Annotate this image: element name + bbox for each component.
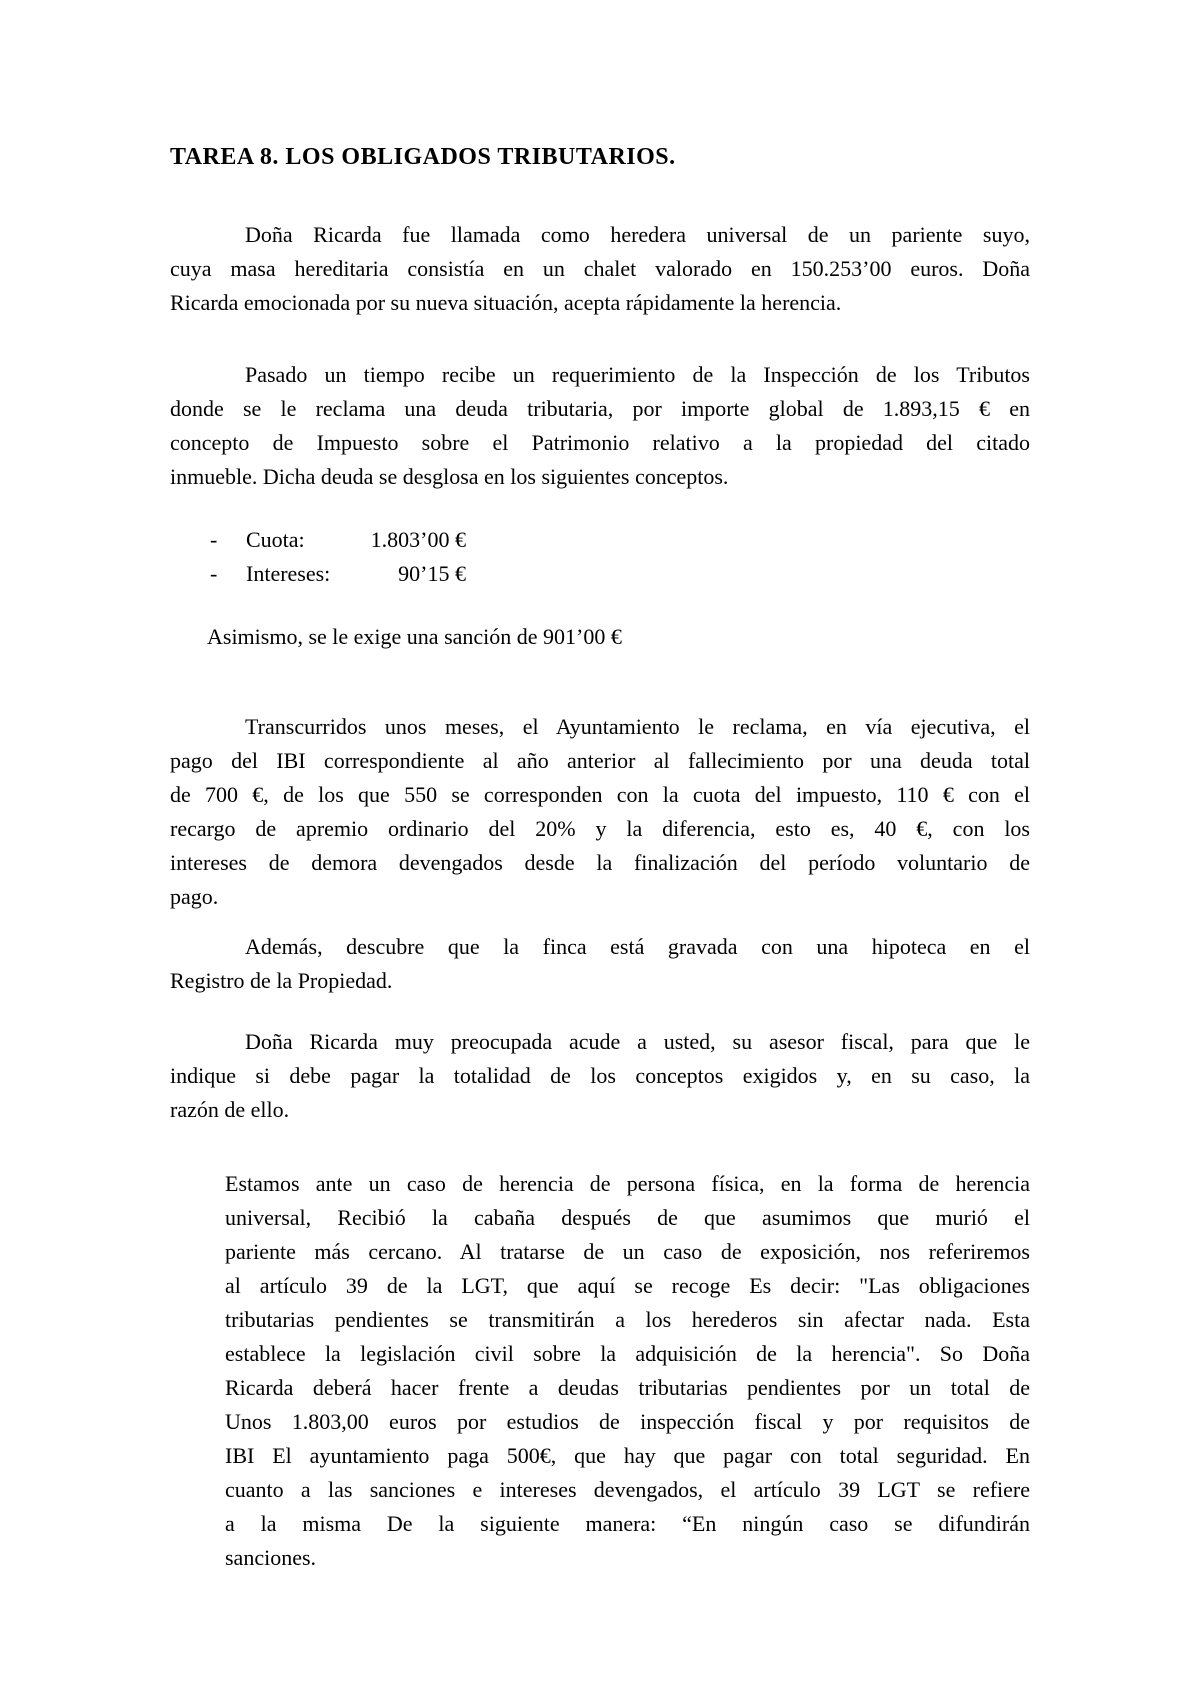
text-line: pago del IBI correspondiente al año ante… [170, 744, 1030, 778]
text-line: de 700 €, de los que 550 se corresponden… [170, 778, 1030, 812]
text-line: al artículo 39 de la LGT, que aquí se re… [225, 1269, 1030, 1303]
paragraph-consulta-asesor: Doña Ricarda muy preocupada acude a uste… [170, 1025, 1030, 1127]
list-item-label: Cuota: [246, 523, 348, 557]
list-bullet: - [210, 523, 218, 557]
text-line: Estamos ante un caso de herencia de pers… [225, 1167, 1030, 1201]
text-line: Asimismo, se le exige una sanción de 901… [207, 620, 1030, 654]
text-line: pariente más cercano. Al tratarse de un … [225, 1235, 1030, 1269]
text-line: pago. [170, 880, 1030, 914]
paragraph-hipoteca: Además, descubre que la finca está grava… [170, 930, 1030, 998]
text-line: cuya masa hereditaria consistía en un ch… [170, 252, 1030, 286]
text-line: sanciones. [225, 1541, 1030, 1575]
paragraph-sancion: Asimismo, se le exige una sanción de 901… [170, 620, 1030, 654]
text-line: Ricarda emocionada por su nueva situació… [170, 286, 1030, 320]
text-line: establece la legislación civil sobre la … [225, 1337, 1030, 1371]
text-line: tributarias pendientes se transmitirán a… [225, 1303, 1030, 1337]
text-line: universal, Recibió la cabaña después de … [225, 1201, 1030, 1235]
paragraph-requerimiento-inspeccion: Pasado un tiempo recibe un requerimiento… [170, 358, 1030, 494]
text-line: Doña Ricarda fue llamada como heredera u… [170, 218, 1030, 252]
document-title: TAREA 8. LOS OBLIGADOS TRIBUTARIOS. [170, 140, 1030, 174]
list-item-label: Intereses: [246, 557, 348, 591]
text-line: indique si debe pagar la totalidad de lo… [170, 1059, 1030, 1093]
document-page: TAREA 8. LOS OBLIGADOS TRIBUTARIOS. Doña… [0, 0, 1200, 1698]
text-column: TAREA 8. LOS OBLIGADOS TRIBUTARIOS. Doña… [170, 140, 1030, 1575]
text-line: Transcurridos unos meses, el Ayuntamient… [170, 710, 1030, 744]
text-line: Además, descubre que la finca está grava… [170, 930, 1030, 964]
text-line: cuanto a las sanciones e intereses deven… [225, 1473, 1030, 1507]
text-line: razón de ello. [170, 1093, 1030, 1127]
text-line: donde se le reclama una deuda tributaria… [170, 392, 1030, 426]
list-item-value: 90’15 € [348, 557, 466, 591]
text-line: a la misma De la siguiente manera: “En n… [225, 1507, 1030, 1541]
text-line: Doña Ricarda muy preocupada acude a uste… [170, 1025, 1030, 1059]
text-line: Pasado un tiempo recibe un requerimiento… [170, 358, 1030, 392]
paragraph-respuesta-analisis: Estamos ante un caso de herencia de pers… [225, 1167, 1030, 1575]
text-line: recargo de apremio ordinario del 20% y l… [170, 812, 1030, 846]
list-item: -Intereses:90’15 € [170, 557, 1030, 591]
list-item-value: 1.803’00 € [348, 523, 466, 557]
text-line: Unos 1.803,00 euros por estudios de insp… [225, 1405, 1030, 1439]
list-item: -Cuota:1.803’00 € [170, 523, 1030, 557]
text-line: inmueble. Dicha deuda se desglosa en los… [170, 460, 1030, 494]
text-line: concepto de Impuesto sobre el Patrimonio… [170, 426, 1030, 460]
text-line: Registro de la Propiedad. [170, 964, 1030, 998]
list-bullet: - [210, 557, 218, 591]
text-line: Ricarda deberá hacer frente a deudas tri… [225, 1371, 1030, 1405]
text-line: IBI El ayuntamiento paga 500€, que hay q… [225, 1439, 1030, 1473]
paragraph-intro-herencia: Doña Ricarda fue llamada como heredera u… [170, 218, 1030, 320]
text-line: intereses de demora devengados desde la … [170, 846, 1030, 880]
deuda-concepts-list: -Cuota:1.803’00 €-Intereses:90’15 € [170, 523, 1030, 591]
paragraph-ayuntamiento-ibi: Transcurridos unos meses, el Ayuntamient… [170, 710, 1030, 914]
